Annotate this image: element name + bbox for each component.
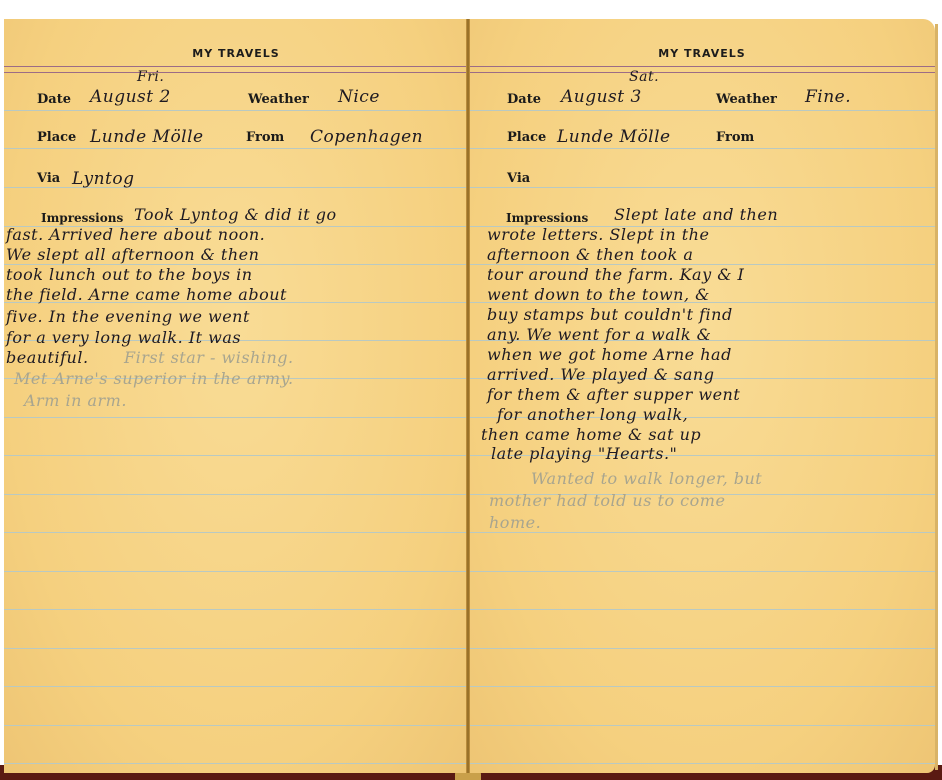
- weather-label: Weather: [248, 92, 309, 107]
- impressions-line: when we got home Arne had: [487, 345, 732, 364]
- ruled-line: [469, 571, 935, 572]
- ruled-line: [4, 571, 468, 572]
- ruled-line: [4, 763, 468, 764]
- impressions-line: Took Lyntog & did it go: [134, 205, 337, 224]
- weather-value: Nice: [338, 87, 380, 107]
- page-title: MY TRAVELS: [469, 47, 935, 60]
- from-label: From: [716, 130, 754, 145]
- place-value: Lunde Mölle: [90, 127, 204, 147]
- place-label: Place: [37, 130, 76, 145]
- left-page: MY TRAVELS Date Fri. August 2 Weather Ni…: [4, 19, 468, 773]
- place-label: Place: [507, 130, 546, 145]
- impressions-line: buy stamps but couldn't find: [487, 305, 733, 324]
- impressions-pencil-note: mother had told us to come: [489, 491, 725, 510]
- date-value: August 2: [90, 87, 171, 107]
- page-edge: [935, 24, 938, 770]
- impressions-line: any. We went for a walk &: [487, 325, 711, 344]
- weather-value: Fine.: [805, 87, 851, 107]
- impressions-line: took lunch out to the boys in: [6, 265, 253, 284]
- place-value: Lunde Mölle: [557, 127, 671, 147]
- day-value: Fri.: [137, 69, 164, 85]
- impressions-line: for another long walk,: [497, 405, 688, 424]
- ruled-line: [4, 686, 468, 687]
- impressions-line: beautiful.: [6, 348, 89, 367]
- impressions-line: wrote letters. Slept in the: [487, 225, 709, 244]
- ruled-line: [4, 648, 468, 649]
- via-label: Via: [37, 171, 60, 186]
- from-value: Copenhagen: [310, 127, 423, 147]
- impressions-line: Slept late and then: [614, 205, 778, 224]
- right-page: MY TRAVELS Date Sat. August 3 Weather Fi…: [469, 19, 935, 773]
- impressions-line: tour around the farm. Kay & I: [487, 265, 744, 284]
- impressions-pencil-note: Arm in arm.: [24, 391, 127, 410]
- date-value: August 3: [561, 87, 642, 107]
- date-label: Date: [507, 92, 541, 107]
- impressions-line: five. In the evening we went: [6, 307, 250, 326]
- title-divider: [4, 66, 468, 73]
- via-label: Via: [507, 171, 530, 186]
- ruled-line: [4, 609, 468, 610]
- impressions-line: afternoon & then took a: [487, 245, 693, 264]
- title-divider: [469, 66, 935, 73]
- ruled-line: [469, 648, 935, 649]
- impressions-line: late playing "Hearts.": [491, 444, 677, 463]
- ruled-line: [469, 725, 935, 726]
- ruled-line: [4, 148, 468, 149]
- impressions-pencil-note: Met Arne's superior in the army.: [14, 369, 294, 388]
- impressions-line: then came home & sat up: [481, 425, 701, 444]
- impressions-label: Impressions: [41, 211, 123, 225]
- impressions-line: arrived. We played & sang: [487, 365, 714, 384]
- impressions-line: for them & after supper went: [487, 385, 740, 404]
- impressions-line: We slept all afternoon & then: [6, 245, 259, 264]
- ruled-line: [469, 187, 935, 188]
- via-value: Lyntog: [72, 169, 135, 189]
- impressions-label: Impressions: [506, 211, 588, 225]
- ruled-line: [469, 686, 935, 687]
- ruled-line: [469, 763, 935, 764]
- ruled-line: [4, 725, 468, 726]
- book-spine: [466, 19, 470, 773]
- impressions-pencil-note: home.: [489, 513, 541, 532]
- ruled-line: [4, 494, 468, 495]
- impressions-line: for a very long walk. It was: [6, 328, 241, 347]
- ruled-line: [4, 455, 468, 456]
- page-title: MY TRAVELS: [4, 47, 468, 60]
- impressions-pencil-note: First star - wishing.: [124, 348, 294, 367]
- ruled-line: [4, 110, 468, 111]
- day-value: Sat.: [629, 69, 659, 85]
- ruled-line: [469, 609, 935, 610]
- impressions-pencil-note: Wanted to walk longer, but: [531, 469, 762, 488]
- weather-label: Weather: [716, 92, 777, 107]
- ruled-line: [469, 148, 935, 149]
- impressions-line: the field. Arne came home about: [6, 285, 287, 304]
- ruled-line: [4, 532, 468, 533]
- ruled-line: [469, 532, 935, 533]
- from-label: From: [246, 130, 284, 145]
- impressions-line: fast. Arrived here about noon.: [6, 225, 265, 244]
- ruled-line: [469, 110, 935, 111]
- ruled-line: [4, 417, 468, 418]
- impressions-line: went down to the town, &: [487, 285, 710, 304]
- date-label: Date: [37, 92, 71, 107]
